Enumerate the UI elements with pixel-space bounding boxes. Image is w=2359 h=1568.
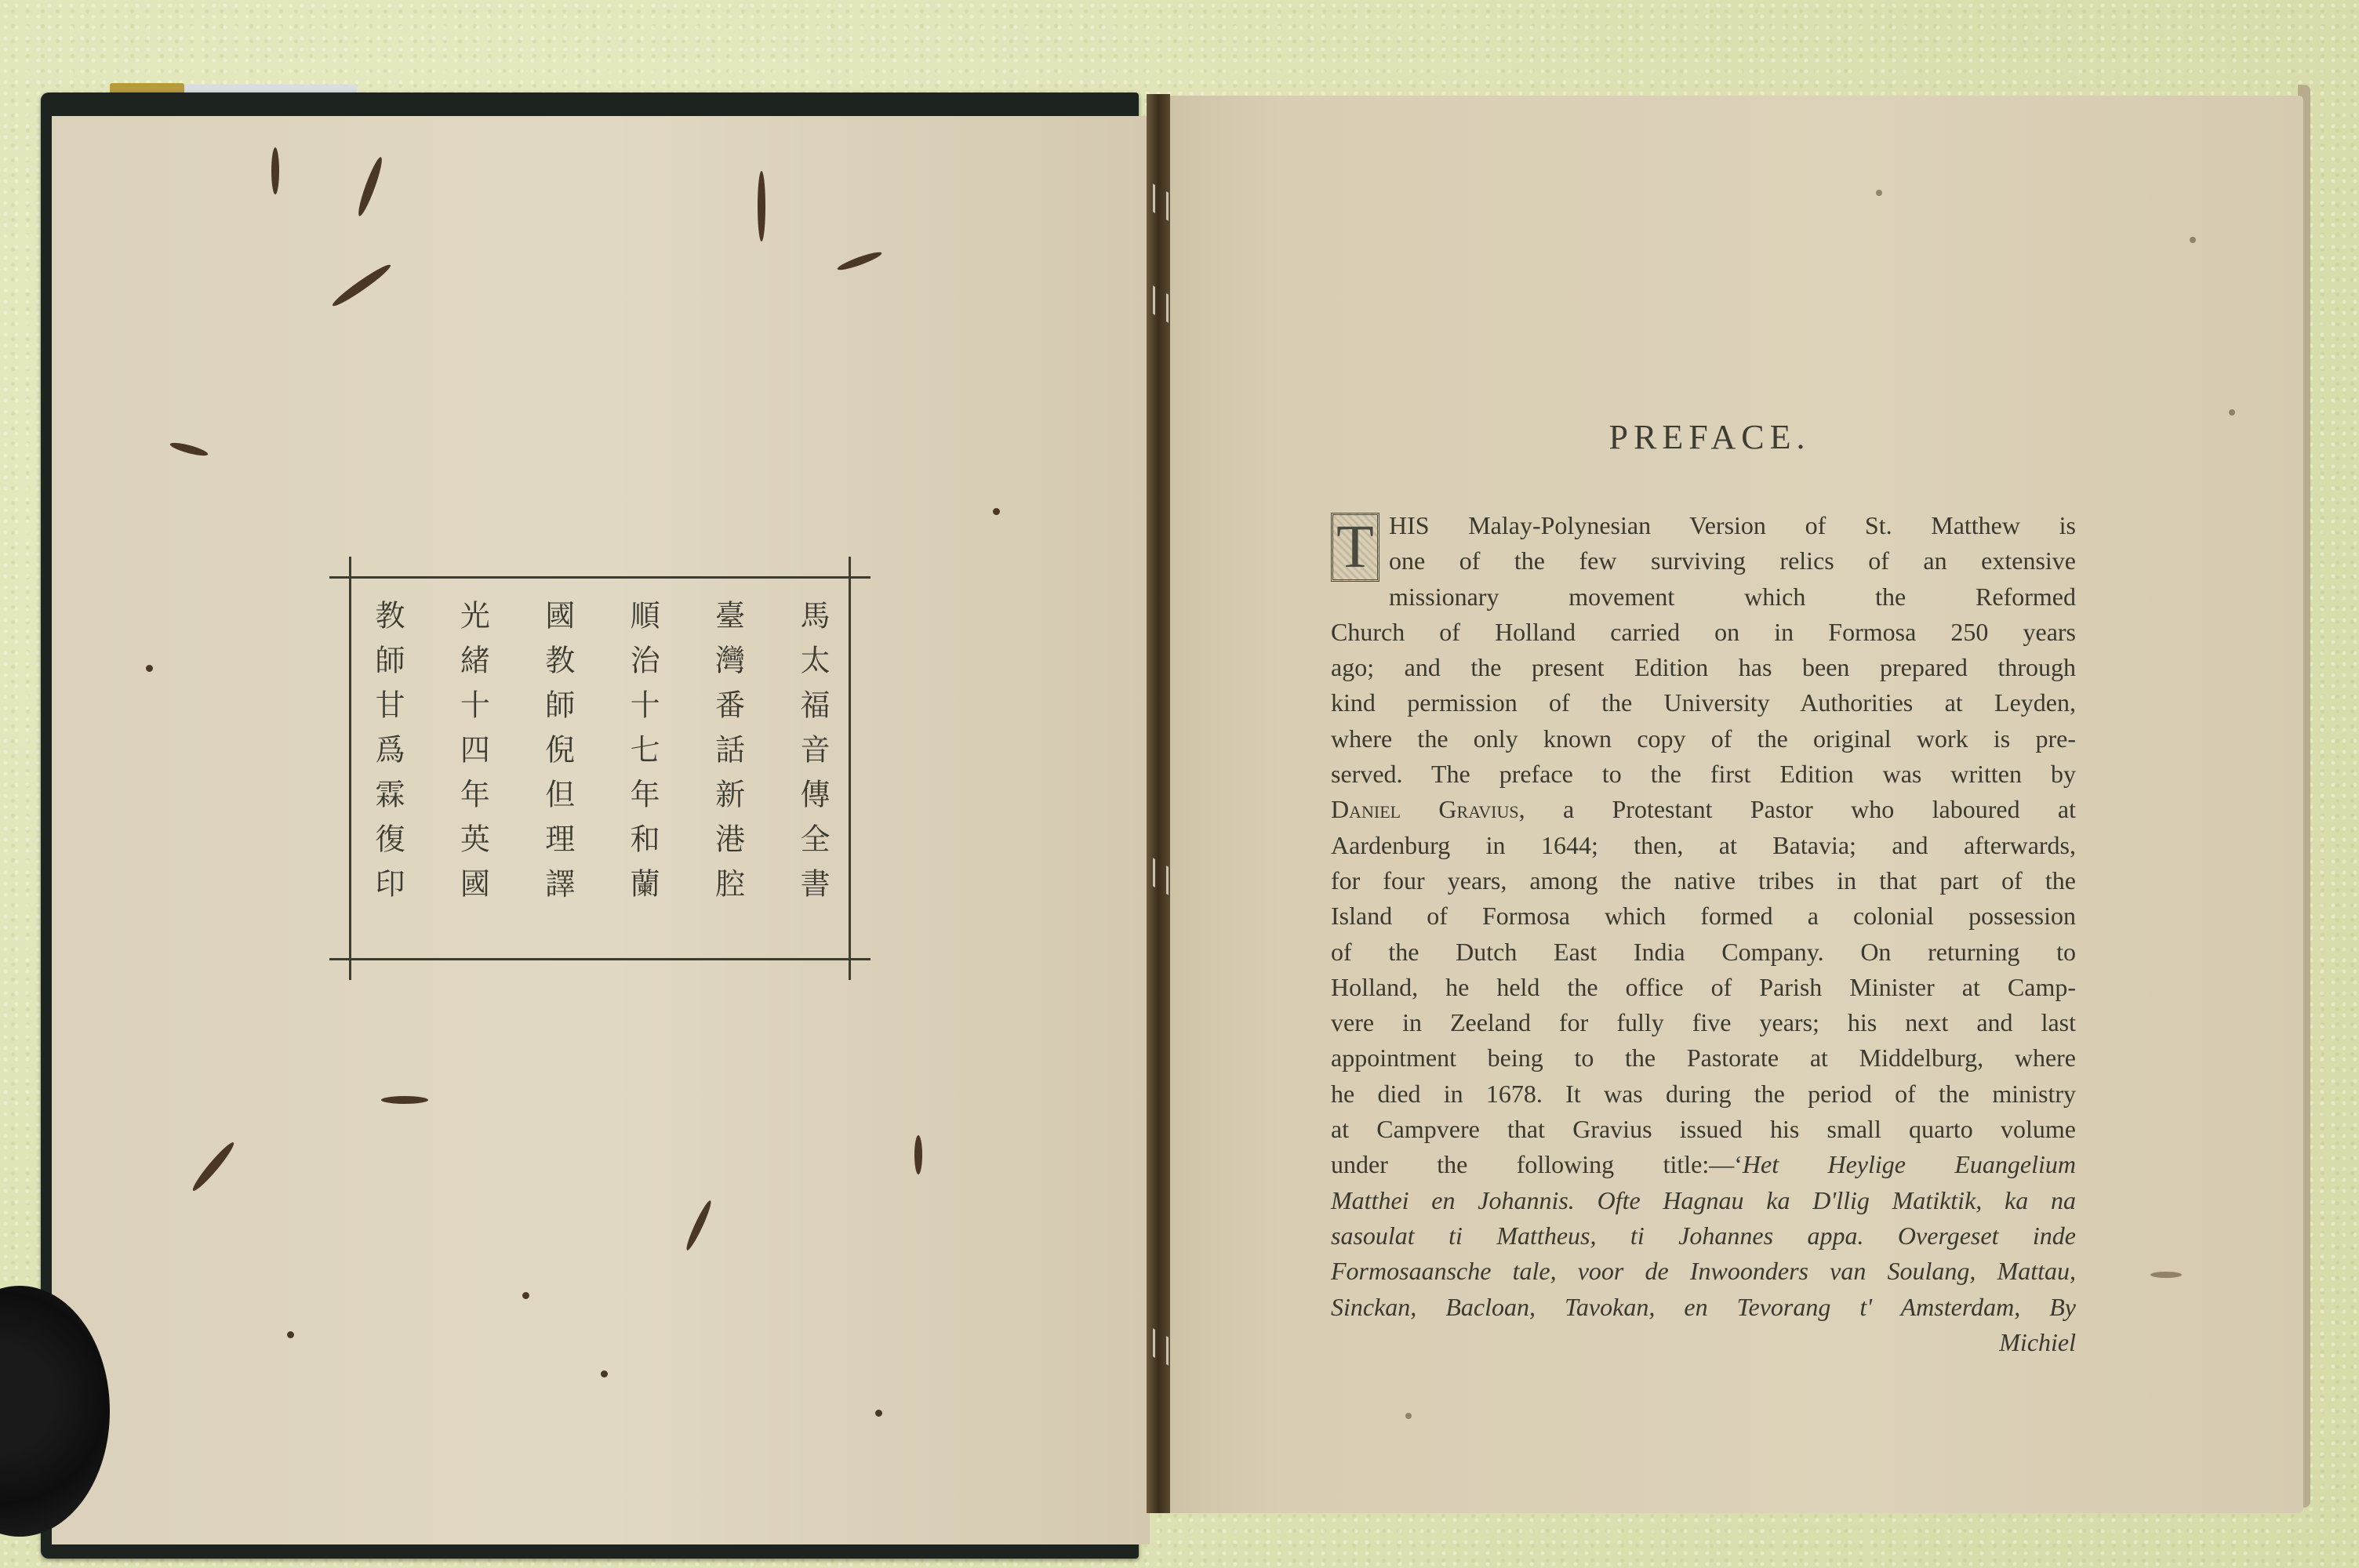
preface-line: Church of Holland carried on in Formosa …	[1331, 615, 2076, 650]
preface-line: he died in 1678. It was during the perio…	[1331, 1076, 2076, 1112]
chinese-title-col-6: 教師甘爲霖復印	[373, 600, 402, 937]
preface-line: for four years, among the native tribes …	[1331, 863, 2076, 898]
dutch-title-line: sasoulat ti Mattheus, ti Johannes appa. …	[1331, 1218, 2076, 1254]
preface-line-title-intro: under the following title:—‘Het Heylige …	[1331, 1147, 2076, 1182]
wormhole	[758, 171, 765, 241]
chinese-title-col-4: 國教師倪但理譯	[543, 600, 572, 937]
author-name: Daniel Gravius	[1331, 795, 1519, 823]
wormhole	[2190, 237, 2196, 243]
preface-line: vere in Zeeland for fully five years; hi…	[1331, 1005, 2076, 1040]
wormhole	[169, 441, 209, 459]
wormhole	[2229, 409, 2235, 416]
wormhole	[836, 249, 883, 273]
preface-line: Aardenburg in 1644; then, at Batavia; an…	[1331, 828, 2076, 863]
wormhole	[2150, 1272, 2182, 1278]
preface-line: ago; and the present Edition has been pr…	[1331, 650, 2076, 685]
preface-line: where the only known copy of the origina…	[1331, 721, 2076, 757]
dutch-title-italic: Het Heylige Euangelium	[1743, 1150, 2076, 1178]
preface-line: Holland, he held the office of Parish Mi…	[1331, 970, 2076, 1005]
wormhole	[146, 665, 153, 672]
preface-body: T HIS Malay-Polynesian Version of St. Ma…	[1331, 508, 2076, 1360]
preface-line: HIS Malay-Polynesian Version of St. Matt…	[1331, 508, 2076, 543]
chinese-title-col-3: 順治十七年和蘭	[627, 600, 657, 937]
wormhole	[1405, 1413, 1412, 1419]
drop-cap-ornament: T	[1331, 513, 1379, 582]
preface-line-author: Daniel Gravius, a Protestant Pastor who …	[1331, 792, 2076, 827]
wormhole	[381, 1096, 428, 1104]
wormhole	[993, 508, 1000, 515]
wormhole	[355, 155, 386, 217]
preface-line: at Campvere that Gravius issued his smal…	[1331, 1112, 2076, 1147]
dutch-title-line: Formosaansche tale, voor de Inwoonders v…	[1331, 1254, 2076, 1289]
dutch-title-line: Sinckan, Bacloan, Tavokan, en Tevorang t…	[1331, 1290, 2076, 1325]
wormhole	[1876, 190, 1882, 196]
chinese-title-col-5: 光緒十四年英國	[457, 600, 487, 937]
preface-line: one of the few surviving relics of an ex…	[1331, 543, 2076, 579]
wormhole	[875, 1410, 882, 1417]
wormhole	[287, 1331, 294, 1338]
wormhole	[522, 1292, 529, 1299]
wormhole	[684, 1199, 714, 1252]
preface-line: Island of Formosa which formed a colonia…	[1331, 898, 2076, 934]
preface-line-rest: , a Protestant Pastor who laboured at	[1519, 795, 2076, 823]
preface-line: missionary movement which the Reformed	[1331, 579, 2076, 615]
chinese-title-col-2: 臺灣番話新港腔	[713, 600, 743, 937]
wormhole	[914, 1135, 922, 1174]
chinese-title-block: 馬太福音傳全書 臺灣番話新港腔 順治十七年和蘭 國教師倪但理譯 光緒十四年英國 …	[349, 576, 851, 960]
preface-line: kind permission of the University Author…	[1331, 685, 2076, 720]
wormhole	[601, 1370, 608, 1377]
dutch-title-line: Matthei en Johannis. Ofte Hagnau ka D'll…	[1331, 1183, 2076, 1218]
chinese-title-col-1: 馬太福音傳全書	[798, 600, 827, 937]
wormhole	[271, 147, 279, 194]
preface-line: appointment being to the Pastorate at Mi…	[1331, 1040, 2076, 1076]
preface-title: PREFACE.	[1333, 417, 2086, 457]
preface-line: served. The preface to the first Edition…	[1331, 757, 2076, 792]
wormhole	[190, 1140, 238, 1194]
dutch-title-line: Michiel	[1331, 1325, 2076, 1360]
wormhole	[330, 261, 394, 309]
preface-line: of the Dutch East India Company. On retu…	[1331, 935, 2076, 970]
preface-line-roman: under the following title:—‘	[1331, 1150, 1743, 1178]
